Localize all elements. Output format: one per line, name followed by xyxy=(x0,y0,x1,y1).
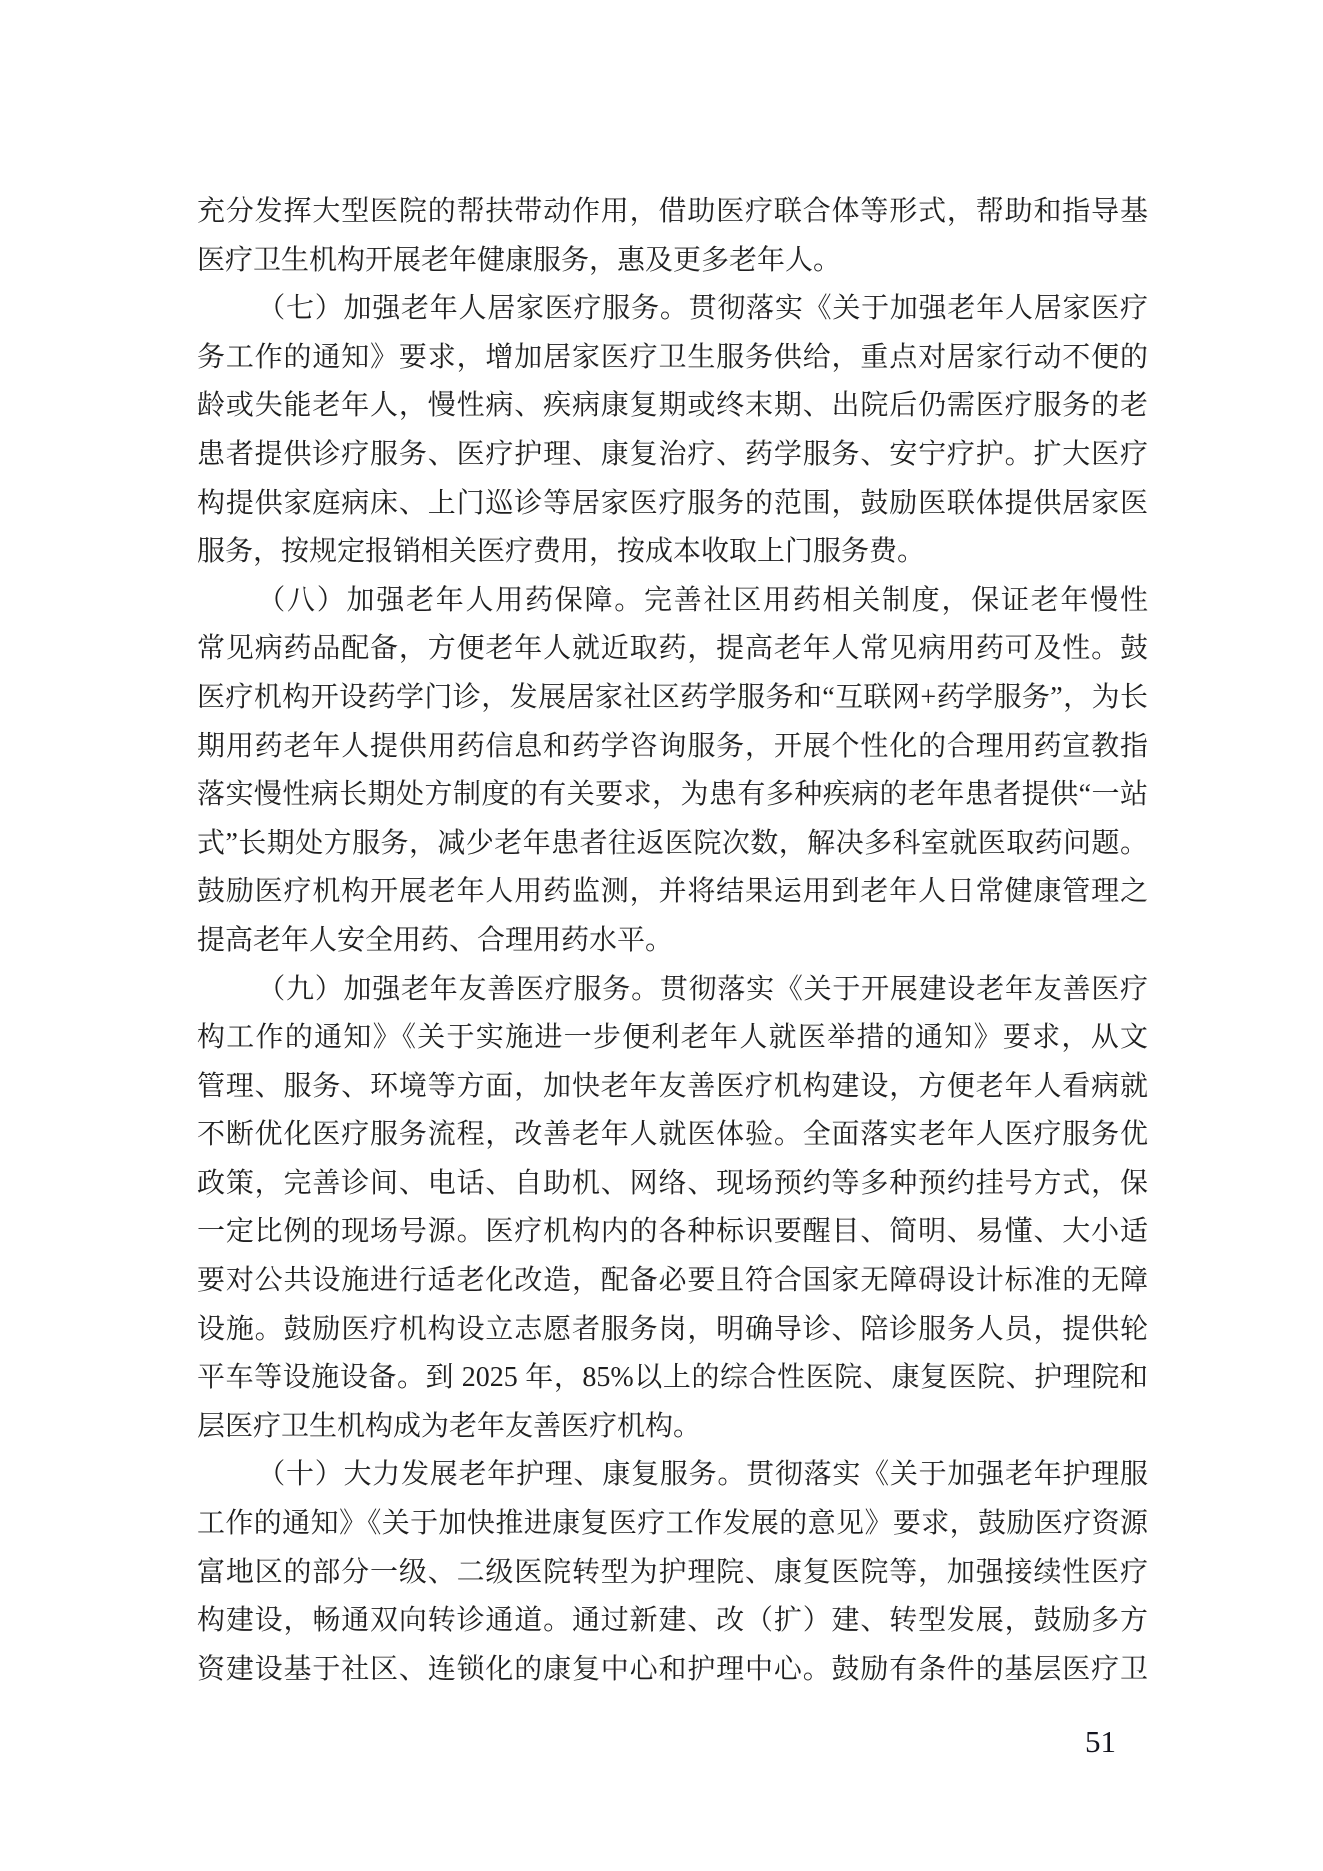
text-line: 构提供家庭病床、上门巡诊等居家医疗服务的范围，鼓励医联体提供居家医疗 xyxy=(197,480,1148,529)
text-line: 患者提供诊疗服务、医疗护理、康复治疗、药学服务、安宁疗护。扩大医疗机 xyxy=(197,431,1148,480)
text-line: 构工作的通知》《关于实施进一步便利老年人就医举措的通知》要求，从文化、 xyxy=(197,1014,1148,1063)
text-line: 政策，完善诊间、电话、自助机、网络、现场预约等多种预约挂号方式，保留 xyxy=(197,1160,1148,1209)
text-line: 提高老年人安全用药、合理用药水平。 xyxy=(197,917,1148,966)
text-line: 常见病药品配备，方便老年人就近取药，提高老年人常见病用药可及性。鼓励 xyxy=(197,625,1148,674)
text-line: 构建设，畅通双向转诊通道。通过新建、改（扩）建、转型发展，鼓励多方筹 xyxy=(197,1597,1148,1646)
text-line: 医疗卫生机构开展老年健康服务，惠及更多老年人。 xyxy=(197,237,1148,286)
text-line: 平车等设施设备。到 2025 年，85%以上的综合性医院、康复医院、护理院和基 xyxy=(197,1354,1148,1403)
text-line: （十）大力发展老年护理、康复服务。贯彻落实《关于加强老年护理服务 xyxy=(197,1451,1148,1500)
text-line: 医疗机构开设药学门诊，发展居家社区药学服务和“互联网+药学服务”，为长 xyxy=(197,674,1148,723)
text-line: 管理、服务、环境等方面，加快老年友善医疗机构建设，方便老年人看病就医； xyxy=(197,1063,1148,1112)
text-line: 充分发挥大型医院的帮扶带动作用，借助医疗联合体等形式，帮助和指导基层 xyxy=(197,188,1148,237)
text-line: 务工作的通知》要求，增加居家医疗卫生服务供给，重点对居家行动不便的高 xyxy=(197,334,1148,383)
text-line: 服务，按规定报销相关医疗费用，按成本收取上门服务费。 xyxy=(197,528,1148,577)
text-line: 不断优化医疗服务流程，改善老年人就医体验。全面落实老年人医疗服务优待 xyxy=(197,1111,1148,1160)
text-line: （七）加强老年人居家医疗服务。贯彻落实《关于加强老年人居家医疗服 xyxy=(197,285,1148,334)
text-line: 层医疗卫生机构成为老年友善医疗机构。 xyxy=(197,1403,1148,1452)
text-line: 富地区的部分一级、二级医院转型为护理院、康复医院等，加强接续性医疗机 xyxy=(197,1549,1148,1598)
text-line: 落实慢性病长期处方制度的有关要求，为患有多种疾病的老年患者提供“一站 xyxy=(197,771,1148,820)
text-line: 鼓励医疗机构开展老年人用药监测，并将结果运用到老年人日常健康管理之中， xyxy=(197,868,1148,917)
text-line: 龄或失能老年人，慢性病、疾病康复期或终末期、出院后仍需医疗服务的老年 xyxy=(197,382,1148,431)
text-block: 充分发挥大型医院的帮扶带动作用，借助医疗联合体等形式，帮助和指导基层医疗卫生机构… xyxy=(197,188,1148,1694)
page-number: 51 xyxy=(1085,1724,1116,1760)
text-line: （九）加强老年友善医疗服务。贯彻落实《关于开展建设老年友善医疗机 xyxy=(197,966,1148,1015)
text-line: 式”长期处方服务，减少老年患者往返医院次数，解决多科室就医取药问题。 xyxy=(197,820,1148,869)
text-line: （八）加强老年人用药保障。完善社区用药相关制度，保证老年慢性病、 xyxy=(197,577,1148,626)
document-page: 充分发挥大型医院的帮扶带动作用，借助医疗联合体等形式，帮助和指导基层医疗卫生机构… xyxy=(0,0,1323,1871)
text-line: 一定比例的现场号源。医疗机构内的各种标识要醒目、简明、易懂、大小适当， xyxy=(197,1208,1148,1257)
text-line: 期用药老年人提供用药信息和药学咨询服务，开展个性化的合理用药宣教指导。 xyxy=(197,723,1148,772)
text-line: 资建设基于社区、连锁化的康复中心和护理中心。鼓励有条件的基层医疗卫生 xyxy=(197,1646,1148,1695)
text-line: 要对公共设施进行适老化改造，配备必要且符合国家无障碍设计标准的无障碍 xyxy=(197,1257,1148,1306)
text-line: 工作的通知》《关于加快推进康复医疗工作发展的意见》要求，鼓励医疗资源丰 xyxy=(197,1500,1148,1549)
text-line: 设施。鼓励医疗机构设立志愿者服务岗，明确导诊、陪诊服务人员，提供轮椅、 xyxy=(197,1306,1148,1355)
